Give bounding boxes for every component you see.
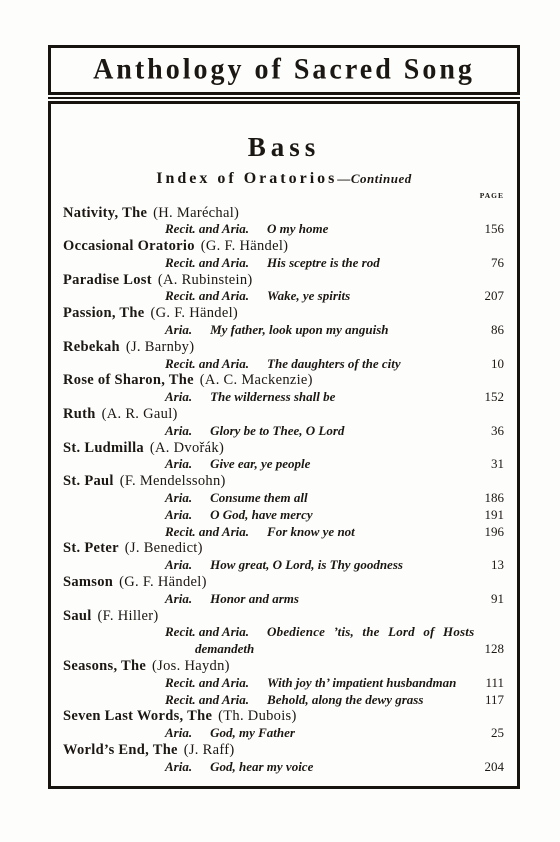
aria-line: Aria.How great, O Lord, is Thy goodness1… <box>63 557 504 574</box>
work-title: World’s End, The <box>63 742 178 758</box>
entry-rebekah: Rebekah (J. Barnby) Recit. and Aria.The … <box>63 339 504 373</box>
page-number: 111 <box>477 675 504 692</box>
piece-type: Aria. <box>165 507 192 524</box>
piece-type: Recit. and Aria. <box>165 288 249 305</box>
composer-name: (A. Rubinstein) <box>158 272 253 288</box>
entry-occasional-oratorio: Occasional Oratorio (G. F. Händel) Recit… <box>63 238 504 272</box>
index-heading: Index of Oratorios—Continued <box>51 171 517 187</box>
piece-type: Recit. and Aria. <box>165 356 249 373</box>
piece-name: For know ye not <box>267 524 355 541</box>
piece-type: Recit. and Aria. <box>165 255 249 272</box>
piece-type: Aria. <box>165 423 192 440</box>
aria-line: Recit. and Aria.His sceptre is the rod76 <box>63 255 504 272</box>
aria-line: Recit. and Aria.O my home156 <box>63 221 504 238</box>
piece-type: Aria. <box>165 591 192 608</box>
page-number: 204 <box>477 759 505 776</box>
work-title: Nativity, The <box>63 205 147 221</box>
entry-seasons: Seasons, The (Jos. Haydn) Recit. and Ari… <box>63 658 504 708</box>
piece-type: Recit. and Aria. <box>165 221 249 238</box>
composer-name: (G. F. Händel) <box>201 238 289 254</box>
composer-name: (A. R. Gaul) <box>102 406 178 422</box>
work-title: Paradise Lost <box>63 272 152 288</box>
work-title: Rebekah <box>63 339 120 355</box>
composer-name: (J. Raff) <box>184 742 235 758</box>
aria-line-continuation: demandeth128 <box>63 641 504 658</box>
voice-heading: Bass <box>51 134 517 161</box>
page-number: 25 <box>483 725 504 742</box>
work-title: Ruth <box>63 406 96 422</box>
aria-line: Recit. and Aria.With joy th’ impatient h… <box>63 675 504 692</box>
entry-paradise-lost: Paradise Lost (A. Rubinstein) Recit. and… <box>63 272 504 306</box>
work-title: St. Peter <box>63 540 119 556</box>
scanned-book-page: Anthology of Sacred Song Bass Index of O… <box>0 0 560 842</box>
composer-name: (A. C. Mackenzie) <box>200 372 313 388</box>
entry-ruth: Ruth (A. R. Gaul) Aria.Glory be to Thee,… <box>63 406 504 440</box>
piece-name: Give ear, ye people <box>210 456 310 473</box>
page-column-header: PAGE <box>51 192 517 200</box>
aria-line: Recit. and Aria.Wake, ye spirits207 <box>63 288 504 305</box>
work-title: Seven Last Words, The <box>63 708 212 724</box>
piece-type: Aria. <box>165 456 192 473</box>
piece-name: Wake, ye spirits <box>267 288 350 305</box>
composer-name: (G. F. Händel) <box>119 574 207 590</box>
oratorio-index-list: Nativity, The (H. Maréchal) Recit. and A… <box>51 205 517 776</box>
book-title: Anthology of Sacred Song <box>93 53 475 87</box>
composer-name: (Th. Dubois) <box>218 708 297 724</box>
piece-type: Aria. <box>165 389 192 406</box>
piece-name: How great, O Lord, is Thy goodness <box>210 557 403 574</box>
entry-st-paul: St. Paul (F. Mendelssohn) Aria.Consume t… <box>63 473 504 540</box>
work-title: Occasional Oratorio <box>63 238 195 254</box>
aria-line: Aria.Consume them all186 <box>63 490 504 507</box>
piece-name: O God, have mercy <box>210 507 313 524</box>
entry-st-peter: St. Peter (J. Benedict) Aria.How great, … <box>63 540 504 574</box>
aria-line: Recit. and Aria.For know ye not196 <box>63 524 504 541</box>
aria-line: Recit. and Aria.Behold, along the dewy g… <box>63 692 504 709</box>
piece-name: Behold, along the dewy grass <box>267 692 423 709</box>
page-number: 31 <box>483 456 504 473</box>
aria-line: Aria.Give ear, ye people31 <box>63 456 504 473</box>
entry-worlds-end: World’s End, The (J. Raff) Aria.God, hea… <box>63 742 504 776</box>
piece-name: God, hear my voice <box>210 759 313 776</box>
piece-name: Obedience ’tis, the Lord of Hosts <box>267 624 474 641</box>
piece-name: Honor and arms <box>210 591 299 608</box>
piece-type: Aria. <box>165 557 192 574</box>
work-title: Rose of Sharon, The <box>63 372 194 388</box>
page-number: 191 <box>477 507 505 524</box>
composer-name: (J. Barnby) <box>126 339 195 355</box>
entry-rose-of-sharon: Rose of Sharon, The (A. C. Mackenzie) Ar… <box>63 372 504 406</box>
page-number: 196 <box>477 524 505 541</box>
piece-type: Recit. and Aria. <box>165 624 249 641</box>
piece-type: Recit. and Aria. <box>165 675 249 692</box>
piece-name: With joy th’ impatient husbandman <box>267 675 456 692</box>
composer-name: (J. Benedict) <box>125 540 203 556</box>
composer-name: (A. Dvořák) <box>150 440 224 456</box>
composer-name: (H. Maréchal) <box>153 205 239 221</box>
work-title: Samson <box>63 574 113 590</box>
composer-name: (G. F. Händel) <box>150 305 238 321</box>
aria-line: Aria.My father, look upon my anguish86 <box>63 322 504 339</box>
index-title: Index of Oratorios <box>156 170 337 187</box>
page-number: 186 <box>477 490 505 507</box>
piece-name: His sceptre is the rod <box>267 255 380 272</box>
piece-name: God, my Father <box>210 725 295 742</box>
index-panel: Bass Index of Oratorios—Continued PAGE N… <box>48 101 520 789</box>
page-number: 152 <box>477 389 505 406</box>
page-number: 91 <box>483 591 504 608</box>
composer-name: (Jos. Haydn) <box>152 658 230 674</box>
piece-name: Glory be to Thee, O Lord <box>210 423 344 440</box>
composer-name: (F. Mendelssohn) <box>120 473 226 489</box>
entry-samson: Samson (G. F. Händel) Aria.Honor and arm… <box>63 574 504 608</box>
page-number: 86 <box>483 322 504 339</box>
index-continued-label: —Continued <box>337 171 411 186</box>
work-title: St. Ludmilla <box>63 440 144 456</box>
piece-name: O my home <box>267 221 328 238</box>
entry-st-ludmilla: St. Ludmilla (A. Dvořák) Aria.Give ear, … <box>63 440 504 474</box>
aria-line: Recit. and Aria.Obedience ’tis, the Lord… <box>63 624 504 641</box>
piece-type: Aria. <box>165 725 192 742</box>
piece-name: My father, look upon my anguish <box>210 322 388 339</box>
piece-type: Recit. and Aria. <box>165 524 249 541</box>
piece-type: Aria. <box>165 322 192 339</box>
aria-line: Aria.God, hear my voice204 <box>63 759 504 776</box>
work-title: Saul <box>63 608 92 624</box>
piece-type: Recit. and Aria. <box>165 692 249 709</box>
page-number: 13 <box>483 557 504 574</box>
work-title: Passion, The <box>63 305 145 321</box>
piece-name: The wilderness shall be <box>210 389 335 406</box>
entry-saul: Saul (F. Hiller) Recit. and Aria.Obedien… <box>63 608 504 658</box>
page-number: 156 <box>477 221 505 238</box>
piece-name: Consume them all <box>210 490 308 507</box>
aria-line: Aria.Glory be to Thee, O Lord36 <box>63 423 504 440</box>
page-number: 36 <box>483 423 504 440</box>
page-number: 117 <box>477 692 504 709</box>
entry-nativity: Nativity, The (H. Maréchal) Recit. and A… <box>63 205 504 239</box>
banner-separator-rule <box>48 97 520 99</box>
page-number: 76 <box>483 255 504 272</box>
work-title: St. Paul <box>63 473 114 489</box>
page-number: 10 <box>483 356 504 373</box>
aria-line: Aria.The wilderness shall be152 <box>63 389 504 406</box>
entry-passion: Passion, The (G. F. Händel) Aria.My fath… <box>63 305 504 339</box>
aria-line: Recit. and Aria.The daughters of the cit… <box>63 356 504 373</box>
work-title: Seasons, The <box>63 658 146 674</box>
piece-type: Aria. <box>165 490 192 507</box>
piece-name: The daughters of the city <box>267 356 401 373</box>
aria-line: Aria.O God, have mercy191 <box>63 507 504 524</box>
page-number: 207 <box>477 288 505 305</box>
page-number: 128 <box>477 641 505 658</box>
book-title-banner: Anthology of Sacred Song <box>48 45 520 95</box>
entry-seven-last-words: Seven Last Words, The (Th. Dubois) Aria.… <box>63 708 504 742</box>
composer-name: (F. Hiller) <box>98 608 159 624</box>
aria-line: Aria.Honor and arms91 <box>63 591 504 608</box>
piece-type: Aria. <box>165 759 192 776</box>
piece-name-continued: demandeth <box>195 641 254 658</box>
aria-line: Aria.God, my Father25 <box>63 725 504 742</box>
